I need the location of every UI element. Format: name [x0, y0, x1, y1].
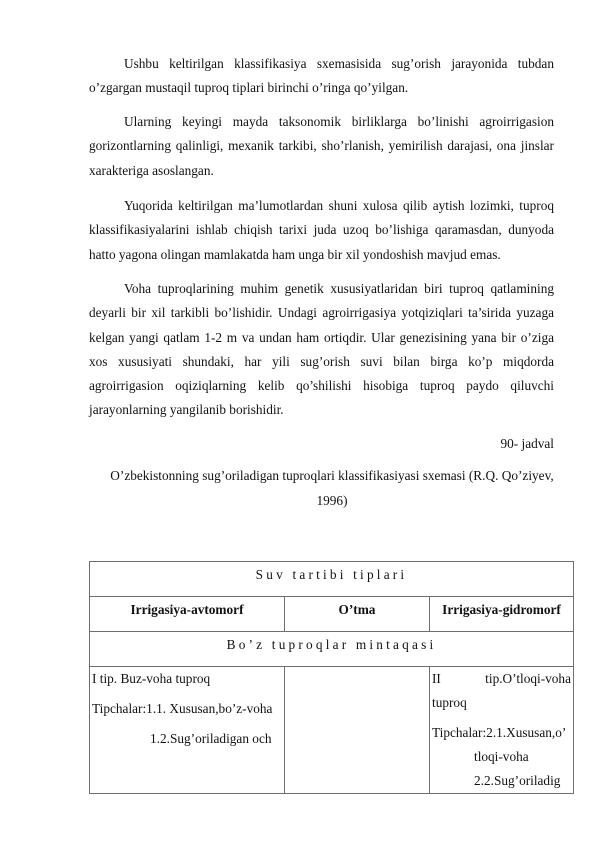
table-header-row: Suv tartibi tiplari — [90, 562, 574, 597]
classification-table: Suv tartibi tiplari Irrigasiya-avtomorf … — [89, 561, 574, 794]
water-regime-header: Suv tartibi tiplari — [90, 562, 574, 597]
column-header-3: Irrigasiya-gidromorf — [430, 597, 574, 632]
soil-zone-header: Bo’z tuproqlar mintaqasi — [90, 632, 574, 667]
column-header-2: O’tma — [285, 597, 430, 632]
paragraph-3: Yuqorida keltirilgan ma’lumotlardan shun… — [89, 194, 554, 267]
cell-line: 1.2.Sug’oriladigan och — [92, 727, 282, 751]
paragraph-2: Ularning keyingi mayda taksonomik birlik… — [89, 110, 554, 183]
table-columns-row: Irrigasiya-avtomorf O’tma Irrigasiya-gid… — [90, 597, 574, 632]
paragraph-1: Ushbu keltirilgan klassifikasiya sxemasi… — [89, 52, 554, 101]
cell-line: tloqi-voha — [432, 745, 571, 769]
document-page: Ushbu keltirilgan klassifikasiya sxemasi… — [0, 0, 596, 842]
cell-type-2: II tip.O’tloqi-voha tuproq Tipchalar:2.1… — [430, 667, 574, 794]
table-zone-row: Bo’z tuproqlar mintaqasi — [90, 632, 574, 667]
cell-empty — [285, 667, 430, 794]
paragraph-4: Voha tuproqlarining muhim genetik xususi… — [89, 277, 554, 423]
cell-line: Tipchalar:2.1.Xususan,o’ — [432, 721, 571, 745]
cell-line: tuproq — [432, 691, 571, 715]
cell-line: 2.2.Sug’oriladig — [432, 769, 571, 793]
column-header-1: Irrigasiya-avtomorf — [90, 597, 285, 632]
cell-line: Tipchalar:1.1. Xususan,bo’z-voha — [92, 697, 282, 721]
cell-line: II tip.O’tloqi-voha — [432, 667, 571, 691]
table-caption: O’zbekistonning sug’oriladigan tuproqlar… — [100, 464, 564, 513]
cell-line: I tip. Buz-voha tuproq — [92, 667, 282, 691]
cell-type-1: I tip. Buz-voha tuproq Tipchalar:1.1. Xu… — [90, 667, 285, 794]
table-number: 90- jadval — [500, 432, 554, 456]
table-row: I tip. Buz-voha tuproq Tipchalar:1.1. Xu… — [90, 667, 574, 794]
